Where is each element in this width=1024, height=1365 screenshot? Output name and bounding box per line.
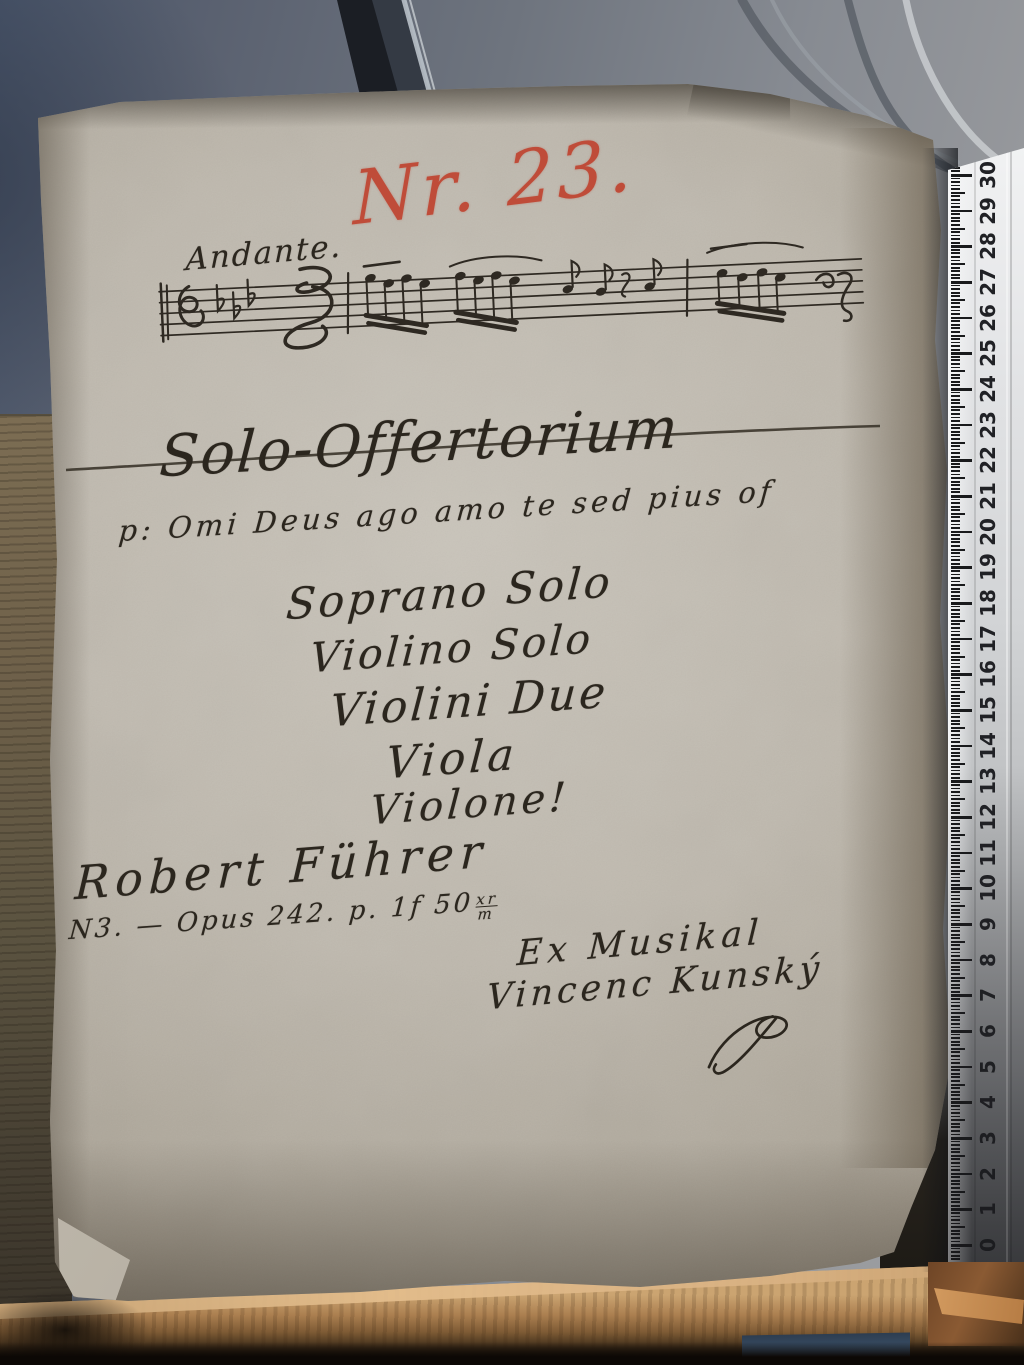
price-fraction-bottom: m bbox=[475, 905, 498, 922]
cable bbox=[906, 0, 996, 158]
bottom-shadow bbox=[0, 1342, 1024, 1365]
manuscript-paper: Nr. 23. Andante. bbox=[0, 0, 1024, 1365]
price-fraction: xrm bbox=[475, 891, 499, 922]
ruler-shading bbox=[948, 146, 1024, 1274]
ruler: 3029282726252423222120191817161514131211… bbox=[948, 146, 1024, 1274]
photo-scene: Nr. 23. Andante. bbox=[0, 0, 1024, 1365]
